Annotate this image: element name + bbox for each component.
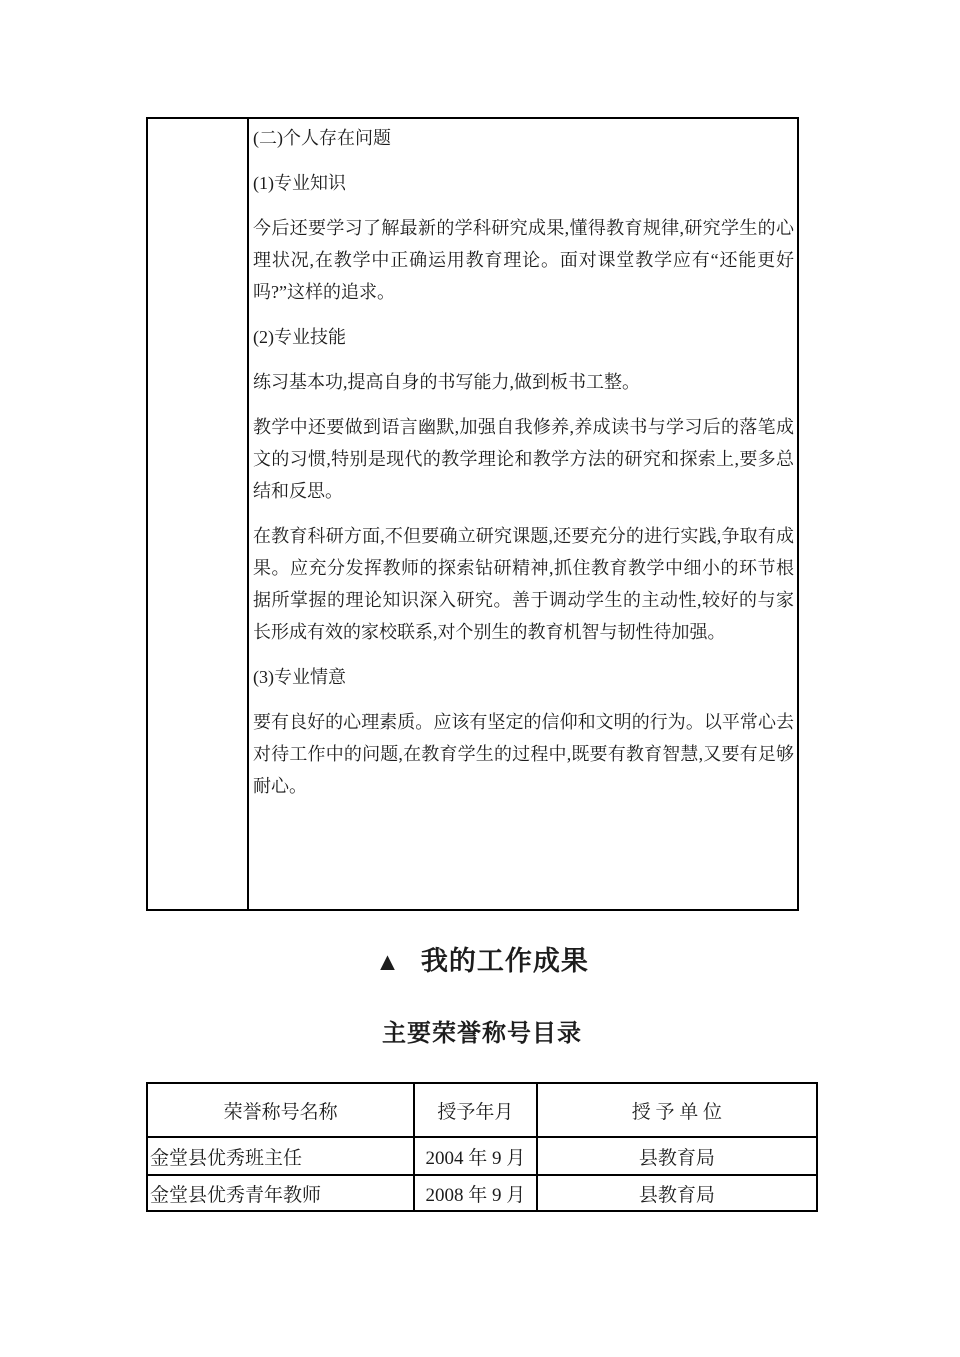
column-header-award-date: 授予年月: [414, 1083, 536, 1137]
table-row: 金堂县优秀班主任 2004 年 9 月 县教育局: [147, 1137, 817, 1175]
eval-paragraph-problems-heading: (二)个人存在问题: [253, 122, 794, 154]
document-page: (二)个人存在问题 (1)专业知识 今后还要学习了解最新的学科研究成果,懂得教育…: [0, 0, 960, 1357]
eval-paragraph-knowledge-heading: (1)专业知识: [253, 167, 794, 199]
eval-paragraph-skills-body-1: 练习基本功,提高自身的书写能力,做到板书工整。: [253, 366, 794, 398]
award-unit: 县教育局: [537, 1137, 817, 1175]
award-unit: 县教育局: [537, 1175, 817, 1211]
honors-table-title: 主要荣誉称号目录: [146, 1018, 818, 1050]
eval-paragraph-affect-body: 要有良好的心理素质。应该有坚定的信仰和文明的行为。以平常心去对待工作中的问题,在…: [253, 706, 794, 802]
award-date: 2008 年 9 月: [414, 1175, 536, 1211]
triangle-bullet-icon: ▲: [375, 949, 401, 976]
section-heading: ▲我的工作成果: [146, 944, 818, 980]
column-header-honor-name: 荣誉称号名称: [147, 1083, 414, 1137]
honors-table: 荣誉称号名称 授予年月 授 予 单 位 金堂县优秀班主任 2004 年 9 月 …: [146, 1082, 818, 1212]
section-heading-text: 我的工作成果: [421, 946, 589, 976]
column-header-award-unit: 授 予 单 位: [537, 1083, 817, 1137]
table-row: 金堂县优秀青年教师 2008 年 9 月 县教育局: [147, 1175, 817, 1211]
eval-paragraph-knowledge-body: 今后还要学习了解最新的学科研究成果,懂得教育规律,研究学生的心理状况,在教学中正…: [253, 212, 794, 308]
honor-name: 金堂县优秀班主任: [147, 1137, 414, 1175]
eval-paragraph-skills-body-2: 教学中还要做到语言幽默,加强自我修养,养成读书与学习后的落笔成文的习惯,特别是现…: [253, 411, 794, 507]
honor-name: 金堂县优秀青年教师: [147, 1175, 414, 1211]
honors-table-header-row: 荣誉称号名称 授予年月 授 予 单 位: [147, 1083, 817, 1137]
eval-table-label-cell: [148, 119, 249, 909]
eval-paragraph-skills-heading: (2)专业技能: [253, 321, 794, 353]
award-date: 2004 年 9 月: [414, 1137, 536, 1175]
eval-paragraph-research-body: 在教育科研方面,不但要确立研究课题,还要充分的进行实践,争取有成果。应充分发挥教…: [253, 520, 794, 648]
eval-table-content-cell: (二)个人存在问题 (1)专业知识 今后还要学习了解最新的学科研究成果,懂得教育…: [249, 119, 797, 909]
self-evaluation-table: (二)个人存在问题 (1)专业知识 今后还要学习了解最新的学科研究成果,懂得教育…: [146, 117, 799, 911]
eval-paragraph-affect-heading: (3)专业情意: [253, 661, 794, 693]
